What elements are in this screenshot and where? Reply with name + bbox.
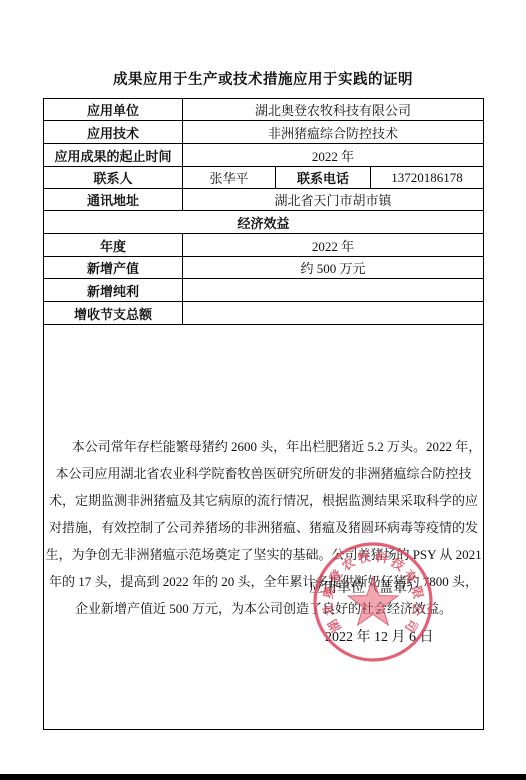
document-title: 成果应用于生产或技术措施应用于实践的证明 bbox=[0, 68, 526, 89]
table-row: 新增纯利 bbox=[44, 279, 484, 302]
table-row: 应用成果的起止时间 2022 年 bbox=[44, 144, 484, 167]
economic-benefit-header: 经济效益 bbox=[44, 211, 484, 234]
year-value: 2022 年 bbox=[183, 234, 484, 257]
total-gain-label: 增收节支总额 bbox=[44, 302, 183, 325]
address-value: 湖北省天门市胡市镇 bbox=[183, 189, 484, 211]
table-row: 增收节支总额 bbox=[44, 302, 484, 325]
period-label: 应用成果的起止时间 bbox=[44, 144, 183, 167]
tech-value: 非洲猪瘟综合防控技术 bbox=[183, 121, 484, 144]
new-output-label: 新增产值 bbox=[44, 257, 183, 279]
new-profit-label: 新增纯利 bbox=[44, 279, 183, 302]
tech-label: 应用技术 bbox=[44, 121, 183, 144]
contact-name: 张华平 bbox=[183, 167, 276, 189]
table-row: 应用单位 湖北奥登农牧科技有限公司 bbox=[44, 99, 484, 121]
stamp-caption: 应用单位（盖章） bbox=[309, 577, 421, 597]
new-output-value: 约 500 万元 bbox=[183, 257, 484, 279]
table-row: 联系人 张华平 联系电话 13720186178 bbox=[44, 167, 484, 189]
unit-value: 湖北奥登农牧科技有限公司 bbox=[183, 99, 484, 121]
table-row: 本公司常年存栏能繁母猪约 2600 头，年出栏肥猪近 5.2 万头。2022 年… bbox=[44, 325, 484, 730]
contact-label: 联系人 bbox=[44, 167, 183, 189]
page-bottom-edge bbox=[0, 774, 526, 780]
document-page: 成果应用于生产或技术措施应用于实践的证明 应用单位 湖北奥登农牧科技有限公司 应… bbox=[0, 0, 526, 780]
new-profit-value bbox=[183, 279, 484, 302]
table-row: 经济效益 bbox=[44, 211, 484, 234]
address-label: 通讯地址 bbox=[44, 189, 183, 211]
table-row: 新增产值 约 500 万元 bbox=[44, 257, 484, 279]
year-label: 年度 bbox=[44, 234, 183, 257]
unit-label: 应用单位 bbox=[44, 99, 183, 121]
statement-cell: 本公司常年存栏能繁母猪约 2600 头，年出栏肥猪近 5.2 万头。2022 年… bbox=[44, 325, 484, 730]
total-gain-value bbox=[183, 302, 484, 325]
table-row: 应用技术 非洲猪瘟综合防控技术 bbox=[44, 121, 484, 144]
period-value: 2022 年 bbox=[183, 144, 484, 167]
phone-value: 13720186178 bbox=[371, 167, 484, 189]
table-row: 年度 2022 年 bbox=[44, 234, 484, 257]
phone-label: 联系电话 bbox=[276, 167, 371, 189]
signature-date: 2022 年 12 月 6 日 bbox=[325, 626, 434, 646]
table-row: 通讯地址 湖北省天门市胡市镇 bbox=[44, 189, 484, 211]
